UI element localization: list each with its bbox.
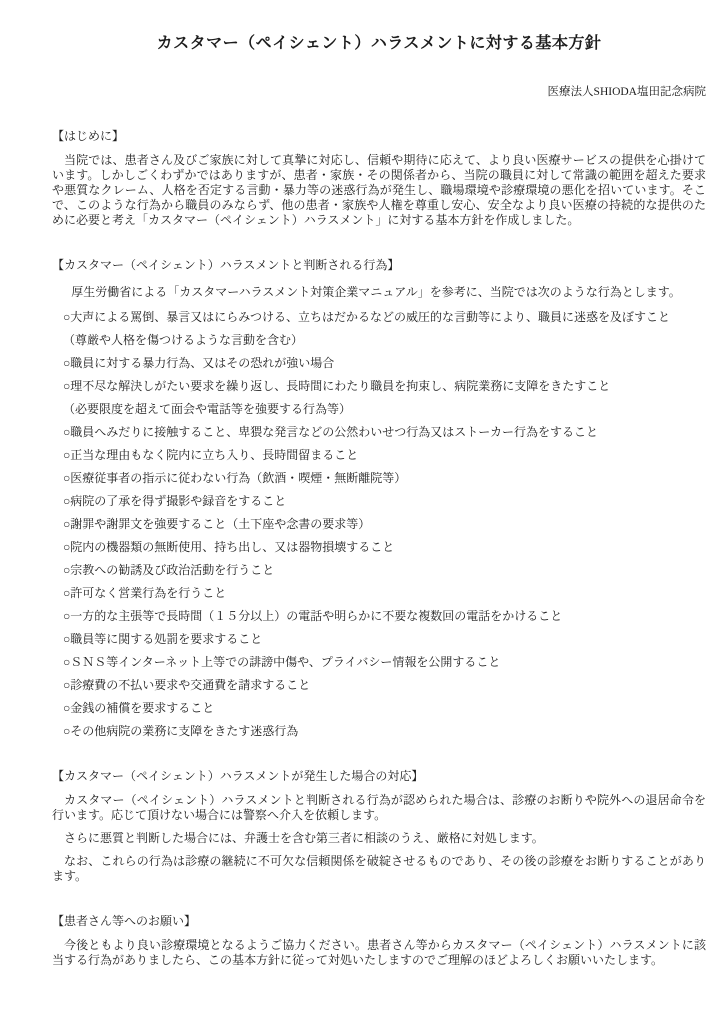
list-item-text: ○院内の機器類の無断使用、持ち出し、又は器物損壊すること	[63, 540, 706, 555]
list-item-text: ○正当な理由もなく院内に立ち入り、長時間留まること	[63, 448, 706, 463]
list-item-text: ○その他病院の業務に支障をきたす迷惑行為	[63, 724, 706, 739]
list-item: ○医療従事者の指示に従わない行為（飲酒・喫煙・無断離院等）	[63, 471, 706, 486]
list-item: ○職員へみだりに接触すること、卑猥な発言などの公然わいせつ行為又はストーカー行為…	[63, 425, 706, 440]
list-item-text: ○謝罪や謝罪文を強要すること（土下座や念書の要求等）	[63, 517, 706, 532]
list-item-text: ○職員へみだりに接触すること、卑猥な発言などの公然わいせつ行為又はストーカー行為…	[63, 425, 706, 440]
response-paragraph: カスタマー（ペイシェント）ハラスメントと判断される行為が認められた場合は、診療の…	[52, 793, 706, 823]
list-item-note: （尊厳や人格を傷つけるような言動を含む）	[63, 333, 706, 348]
list-item: ○大声による罵倒、暴言又はにらみつける、立ちはだかるなどの威圧的な言動等により、…	[63, 310, 706, 348]
list-item: ○正当な理由もなく院内に立ち入り、長時間留まること	[63, 448, 706, 463]
section-heading-introduction: 【はじめに】	[52, 129, 706, 144]
list-item: ○金銭の補償を要求すること	[63, 701, 706, 716]
list-item-note: （必要限度を超えて面会や電話等を強要する行為等）	[63, 402, 706, 417]
list-item-text: ○宗教への勧誘及び政治活動を行うこと	[63, 563, 706, 578]
document-page: カスタマー（ペイシェント）ハラスメントに対する基本方針 医療法人SHIODA塩田…	[0, 0, 720, 1018]
list-item-text: ○職員等に関する処罰を要求すること	[63, 632, 706, 647]
defined-behaviors-lead: 厚生労働省による「カスタマーハラスメント対策企業マニュアル」を参考に、当院では次…	[52, 285, 706, 300]
request-paragraph: 今後ともより良い診療環境となるようご協力ください。患者さん等からカスタマー（ペイ…	[52, 938, 706, 968]
list-item-text: ○金銭の補償を要求すること	[63, 701, 706, 716]
list-item: ○診療費の不払い要求や交通費を請求すること	[63, 678, 706, 693]
list-item-text: ○許可なく営業行為を行うこと	[63, 586, 706, 601]
list-item-text: ○医療従事者の指示に従わない行為（飲酒・喫煙・無断離院等）	[63, 471, 706, 486]
section-heading-defined-behaviors: 【カスタマー（ペイシェント）ハラスメントと判断される行為】	[52, 258, 706, 273]
list-item: ○病院の了承を得ず撮影や録音をすること	[63, 494, 706, 509]
list-item: ○ＳＮＳ等インターネット上等での誹謗中傷や、プライバシー情報を公開すること	[63, 655, 706, 670]
document-title: カスタマー（ペイシェント）ハラスメントに対する基本方針	[52, 34, 706, 53]
list-item-text: ○一方的な主張等で長時間（１５分以上）の電話や明らかに不要な複数回の電話をかける…	[63, 609, 706, 624]
list-item: ○職員に対する暴力行為、又はその恐れが強い場合	[63, 356, 706, 371]
section-introduction: 【はじめに】 当院では、患者さん及びご家族に対して真摯に対応し、信頼や期待に応え…	[52, 129, 706, 228]
section-request-to-patients: 【患者さん等へのお願い】 今後ともより良い診療環境となるようご協力ください。患者…	[52, 914, 706, 968]
list-item: ○その他病院の業務に支障をきたす迷惑行為	[63, 724, 706, 739]
list-item: ○院内の機器類の無断使用、持ち出し、又は器物損壊すること	[63, 540, 706, 555]
list-item: ○一方的な主張等で長時間（１５分以上）の電話や明らかに不要な複数回の電話をかける…	[63, 609, 706, 624]
section-heading-response: 【カスタマー（ペイシェント）ハラスメントが発生した場合の対応】	[52, 769, 706, 784]
list-item-text: ○診療費の不払い要求や交通費を請求すること	[63, 678, 706, 693]
response-paragraph: なお、これらの行為は診療の継続に不可欠な信頼関係を破綻させるものであり、その後の…	[52, 854, 706, 884]
list-item-text: ○ＳＮＳ等インターネット上等での誹謗中傷や、プライバシー情報を公開すること	[63, 655, 706, 670]
introduction-paragraph: 当院では、患者さん及びご家族に対して真摯に対応し、信頼や期待に応えて、より良い医…	[52, 153, 706, 228]
organization-name: 医療法人SHIODA塩田記念病院	[52, 83, 706, 99]
section-response: 【カスタマー（ペイシェント）ハラスメントが発生した場合の対応】 カスタマー（ペイ…	[52, 769, 706, 884]
list-item: ○許可なく営業行為を行うこと	[63, 586, 706, 601]
list-item-text: ○理不尽な解決しがたい要求を繰り返し、長時間にわたり職員を拘束し、病院業務に支障…	[63, 379, 706, 394]
section-defined-behaviors: 【カスタマー（ペイシェント）ハラスメントと判断される行為】 厚生労働省による「カ…	[52, 258, 706, 739]
list-item: ○理不尽な解決しがたい要求を繰り返し、長時間にわたり職員を拘束し、病院業務に支障…	[63, 379, 706, 417]
list-item-text: ○病院の了承を得ず撮影や録音をすること	[63, 494, 706, 509]
section-heading-request: 【患者さん等へのお願い】	[52, 914, 706, 929]
prohibited-acts-list: ○大声による罵倒、暴言又はにらみつける、立ちはだかるなどの威圧的な言動等により、…	[52, 310, 706, 739]
list-item: ○宗教への勧誘及び政治活動を行うこと	[63, 563, 706, 578]
list-item-text: ○大声による罵倒、暴言又はにらみつける、立ちはだかるなどの威圧的な言動等により、…	[63, 310, 706, 325]
list-item-text: ○職員に対する暴力行為、又はその恐れが強い場合	[63, 356, 706, 371]
response-paragraph: さらに悪質と判断した場合には、弁護士を含む第三者に相談のうえ、厳格に対処します。	[52, 831, 706, 846]
list-item: ○謝罪や謝罪文を強要すること（土下座や念書の要求等）	[63, 517, 706, 532]
list-item: ○職員等に関する処罰を要求すること	[63, 632, 706, 647]
